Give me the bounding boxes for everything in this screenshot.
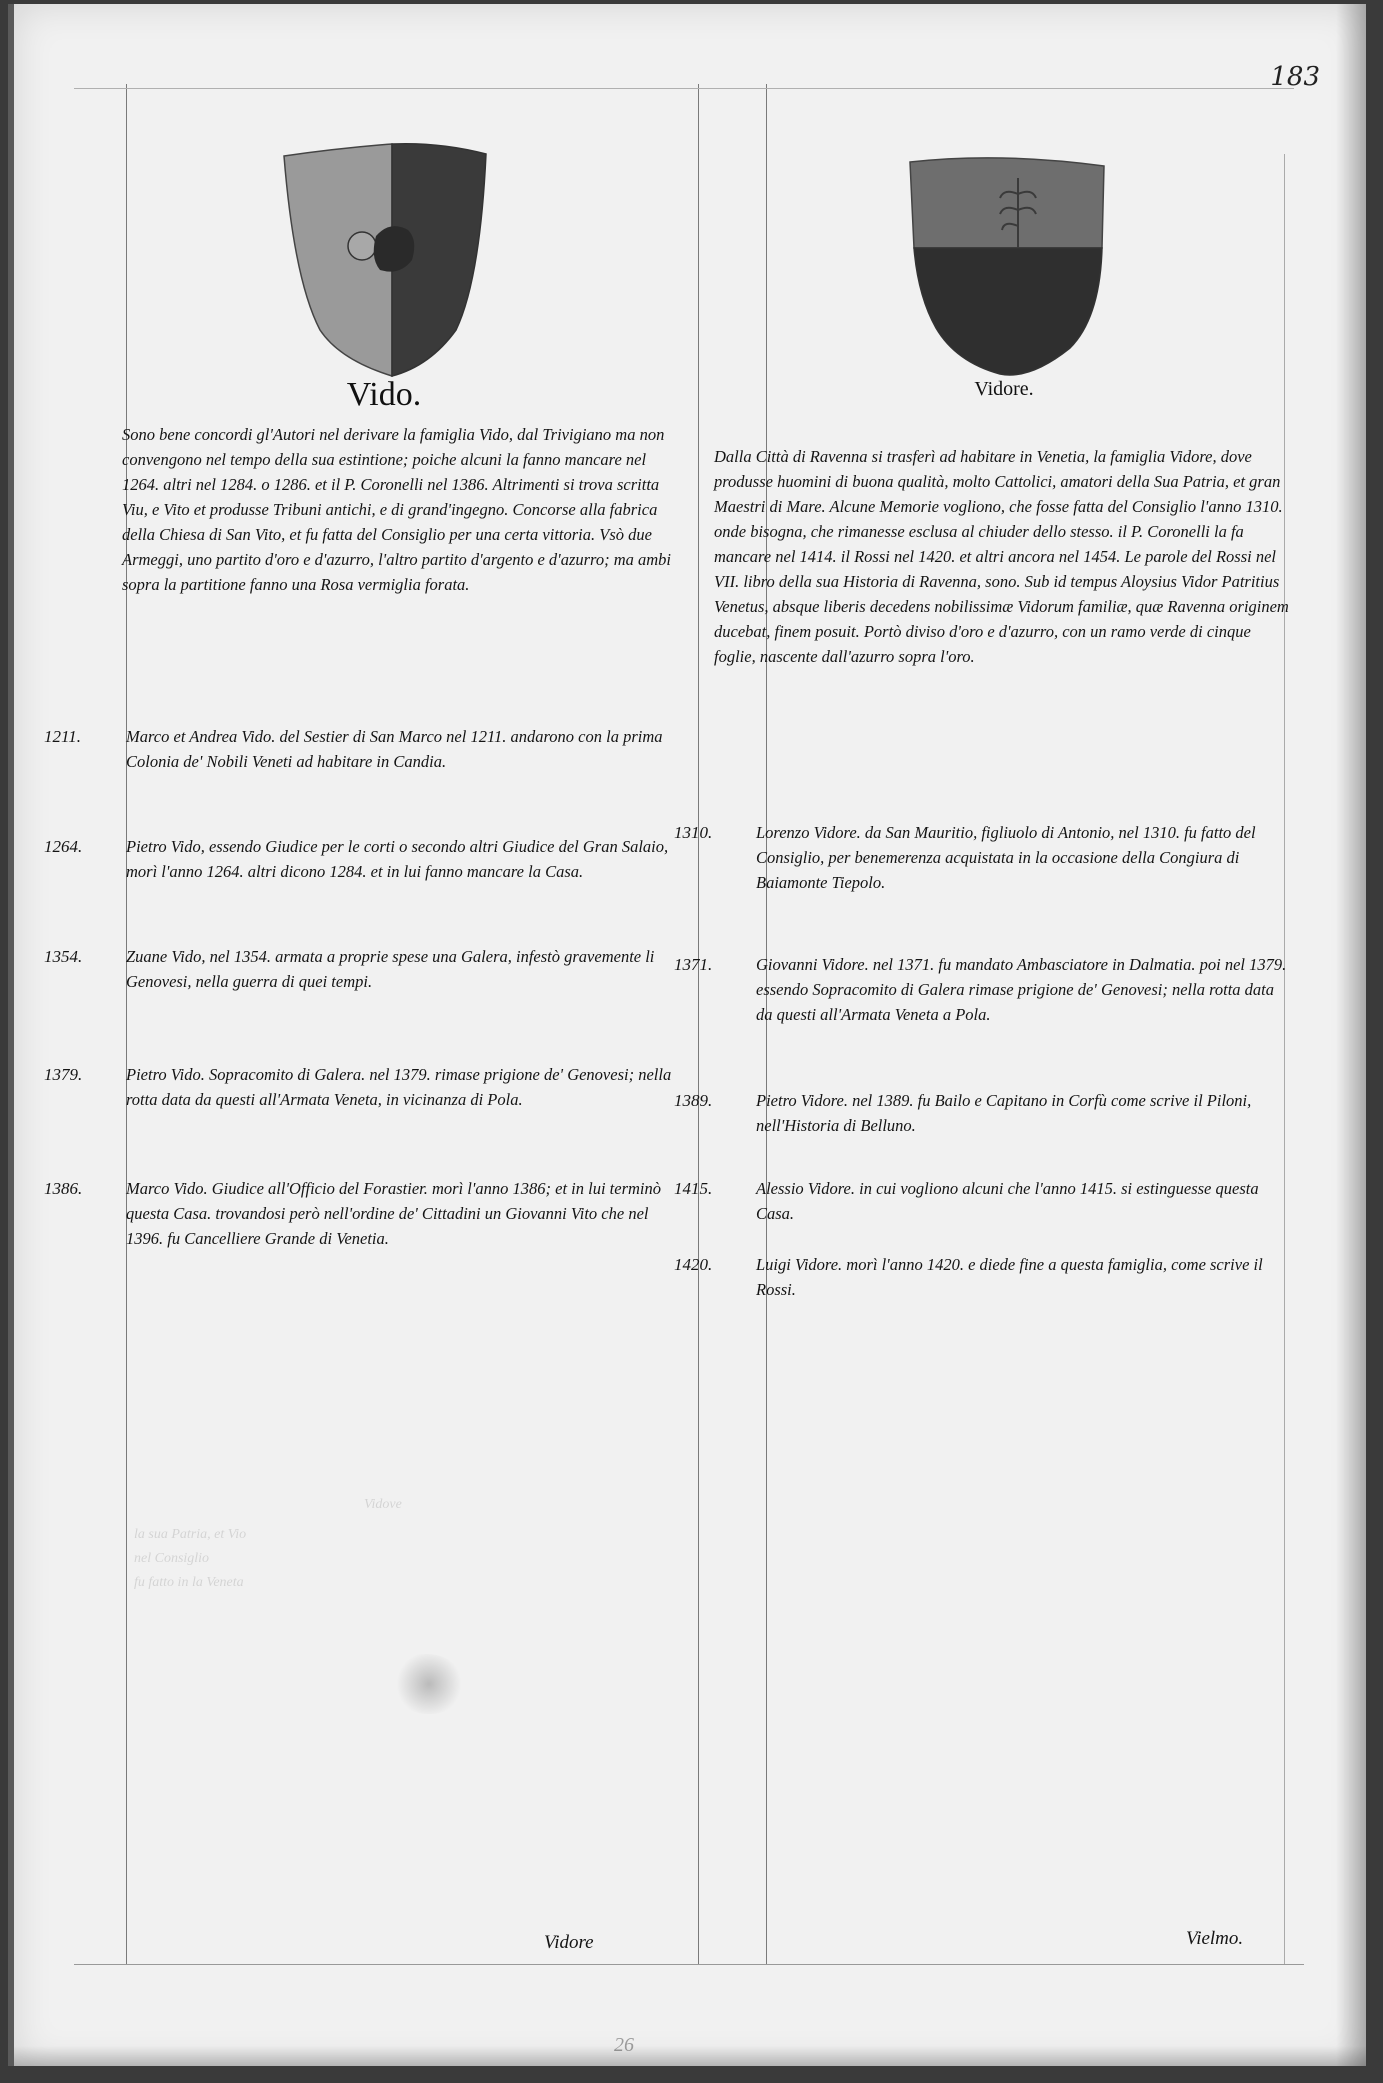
left-margin-rule [126,84,127,1964]
entry-text: Marco Vido. Giudice all'Officio del Fora… [126,1176,684,1251]
bottom-page-mark: 26 [614,2034,634,2057]
catchword-right: Vielmo. [1186,1928,1243,1950]
vidore-entry: 1420. Luigi Vidore. morì l'anno 1420. e … [674,1252,1294,1302]
vidore-family-title: Vidore. [914,378,1094,401]
vido-entry: 1211. Marco et Andrea Vido. del Sestier … [44,724,684,774]
entry-text: Pietro Vido. Sopracomito di Galera. nel … [126,1062,684,1112]
entry-text: Lorenzo Vidore. da San Mauritio, figliuo… [756,820,1294,895]
vido-entry: 1264. Pietro Vido, essendo Giudice per l… [44,834,684,884]
top-rule [74,88,1294,89]
manuscript-page: 183 Vido. Vidore. Sono bene concordi gl'… [8,4,1366,2066]
folio-number: 183 [1270,62,1320,92]
entry-text: Alessio Vidore. in cui vogliono alcuni c… [756,1176,1294,1226]
ink-stain [394,1654,464,1714]
entry-text: Marco et Andrea Vido. del Sestier di San… [126,724,684,774]
bottom-rule [74,1964,1304,1965]
entry-year: 1386. [44,1176,126,1251]
vidore-entry: 1389. Pietro Vidore. nel 1389. fu Bailo … [674,1088,1294,1138]
vido-intro-paragraph: Sono bene concordi gl'Autori nel derivar… [122,422,682,597]
rose-icon [348,232,376,260]
bleed-through-text: Vidove [364,1494,402,1516]
entry-year: 1420. [674,1252,756,1302]
vido-entry: 1386. Marco Vido. Giudice all'Officio de… [44,1176,684,1251]
entry-text: Zuane Vido, nel 1354. armata a proprie s… [126,944,684,994]
catchword-left: Vidore [544,1932,594,1954]
vidore-intro-paragraph: Dalla Città di Ravenna si trasferì ad ha… [714,444,1294,669]
entry-text: Pietro Vidore. nel 1389. fu Bailo e Capi… [756,1088,1294,1138]
entry-year: 1354. [44,944,126,994]
entry-year: 1211. [44,724,126,774]
vido-entry: 1354. Zuane Vido, nel 1354. armata a pro… [44,944,684,994]
entry-year: 1371. [674,952,756,1027]
entry-text: Pietro Vido, essendo Giudice per le cort… [126,834,684,884]
vidore-entry: 1415. Alessio Vidore. in cui vogliono al… [674,1176,1294,1226]
bleed-through-text: fu fatto in la Veneta [134,1572,244,1594]
entry-text: Giovanni Vidore. nel 1371. fu mandato Am… [756,952,1294,1027]
entry-year: 1264. [44,834,126,884]
vido-family-title: Vido. [294,376,474,414]
vidore-entry: 1371. Giovanni Vidore. nel 1371. fu mand… [674,952,1294,1027]
vidore-entry: 1310. Lorenzo Vidore. da San Mauritio, f… [674,820,1294,895]
bleed-through-text: la sua Patria, et Vio [134,1524,246,1546]
vidore-coat-of-arms [900,148,1110,378]
vido-entry: 1379. Pietro Vido. Sopracomito di Galera… [44,1062,684,1112]
page-edge-shadow-bottom [14,2046,1366,2066]
entry-year: 1310. [674,820,756,895]
bleed-through-text: nel Consiglio [134,1548,209,1570]
vido-coat-of-arms [280,140,490,380]
page-edge-shadow [1336,4,1366,2066]
entry-year: 1389. [674,1088,756,1138]
entry-year: 1379. [44,1062,126,1112]
right-margin-rule [1284,154,1285,1964]
entry-text: Luigi Vidore. morì l'anno 1420. e diede … [756,1252,1294,1302]
entry-year: 1415. [674,1176,756,1226]
